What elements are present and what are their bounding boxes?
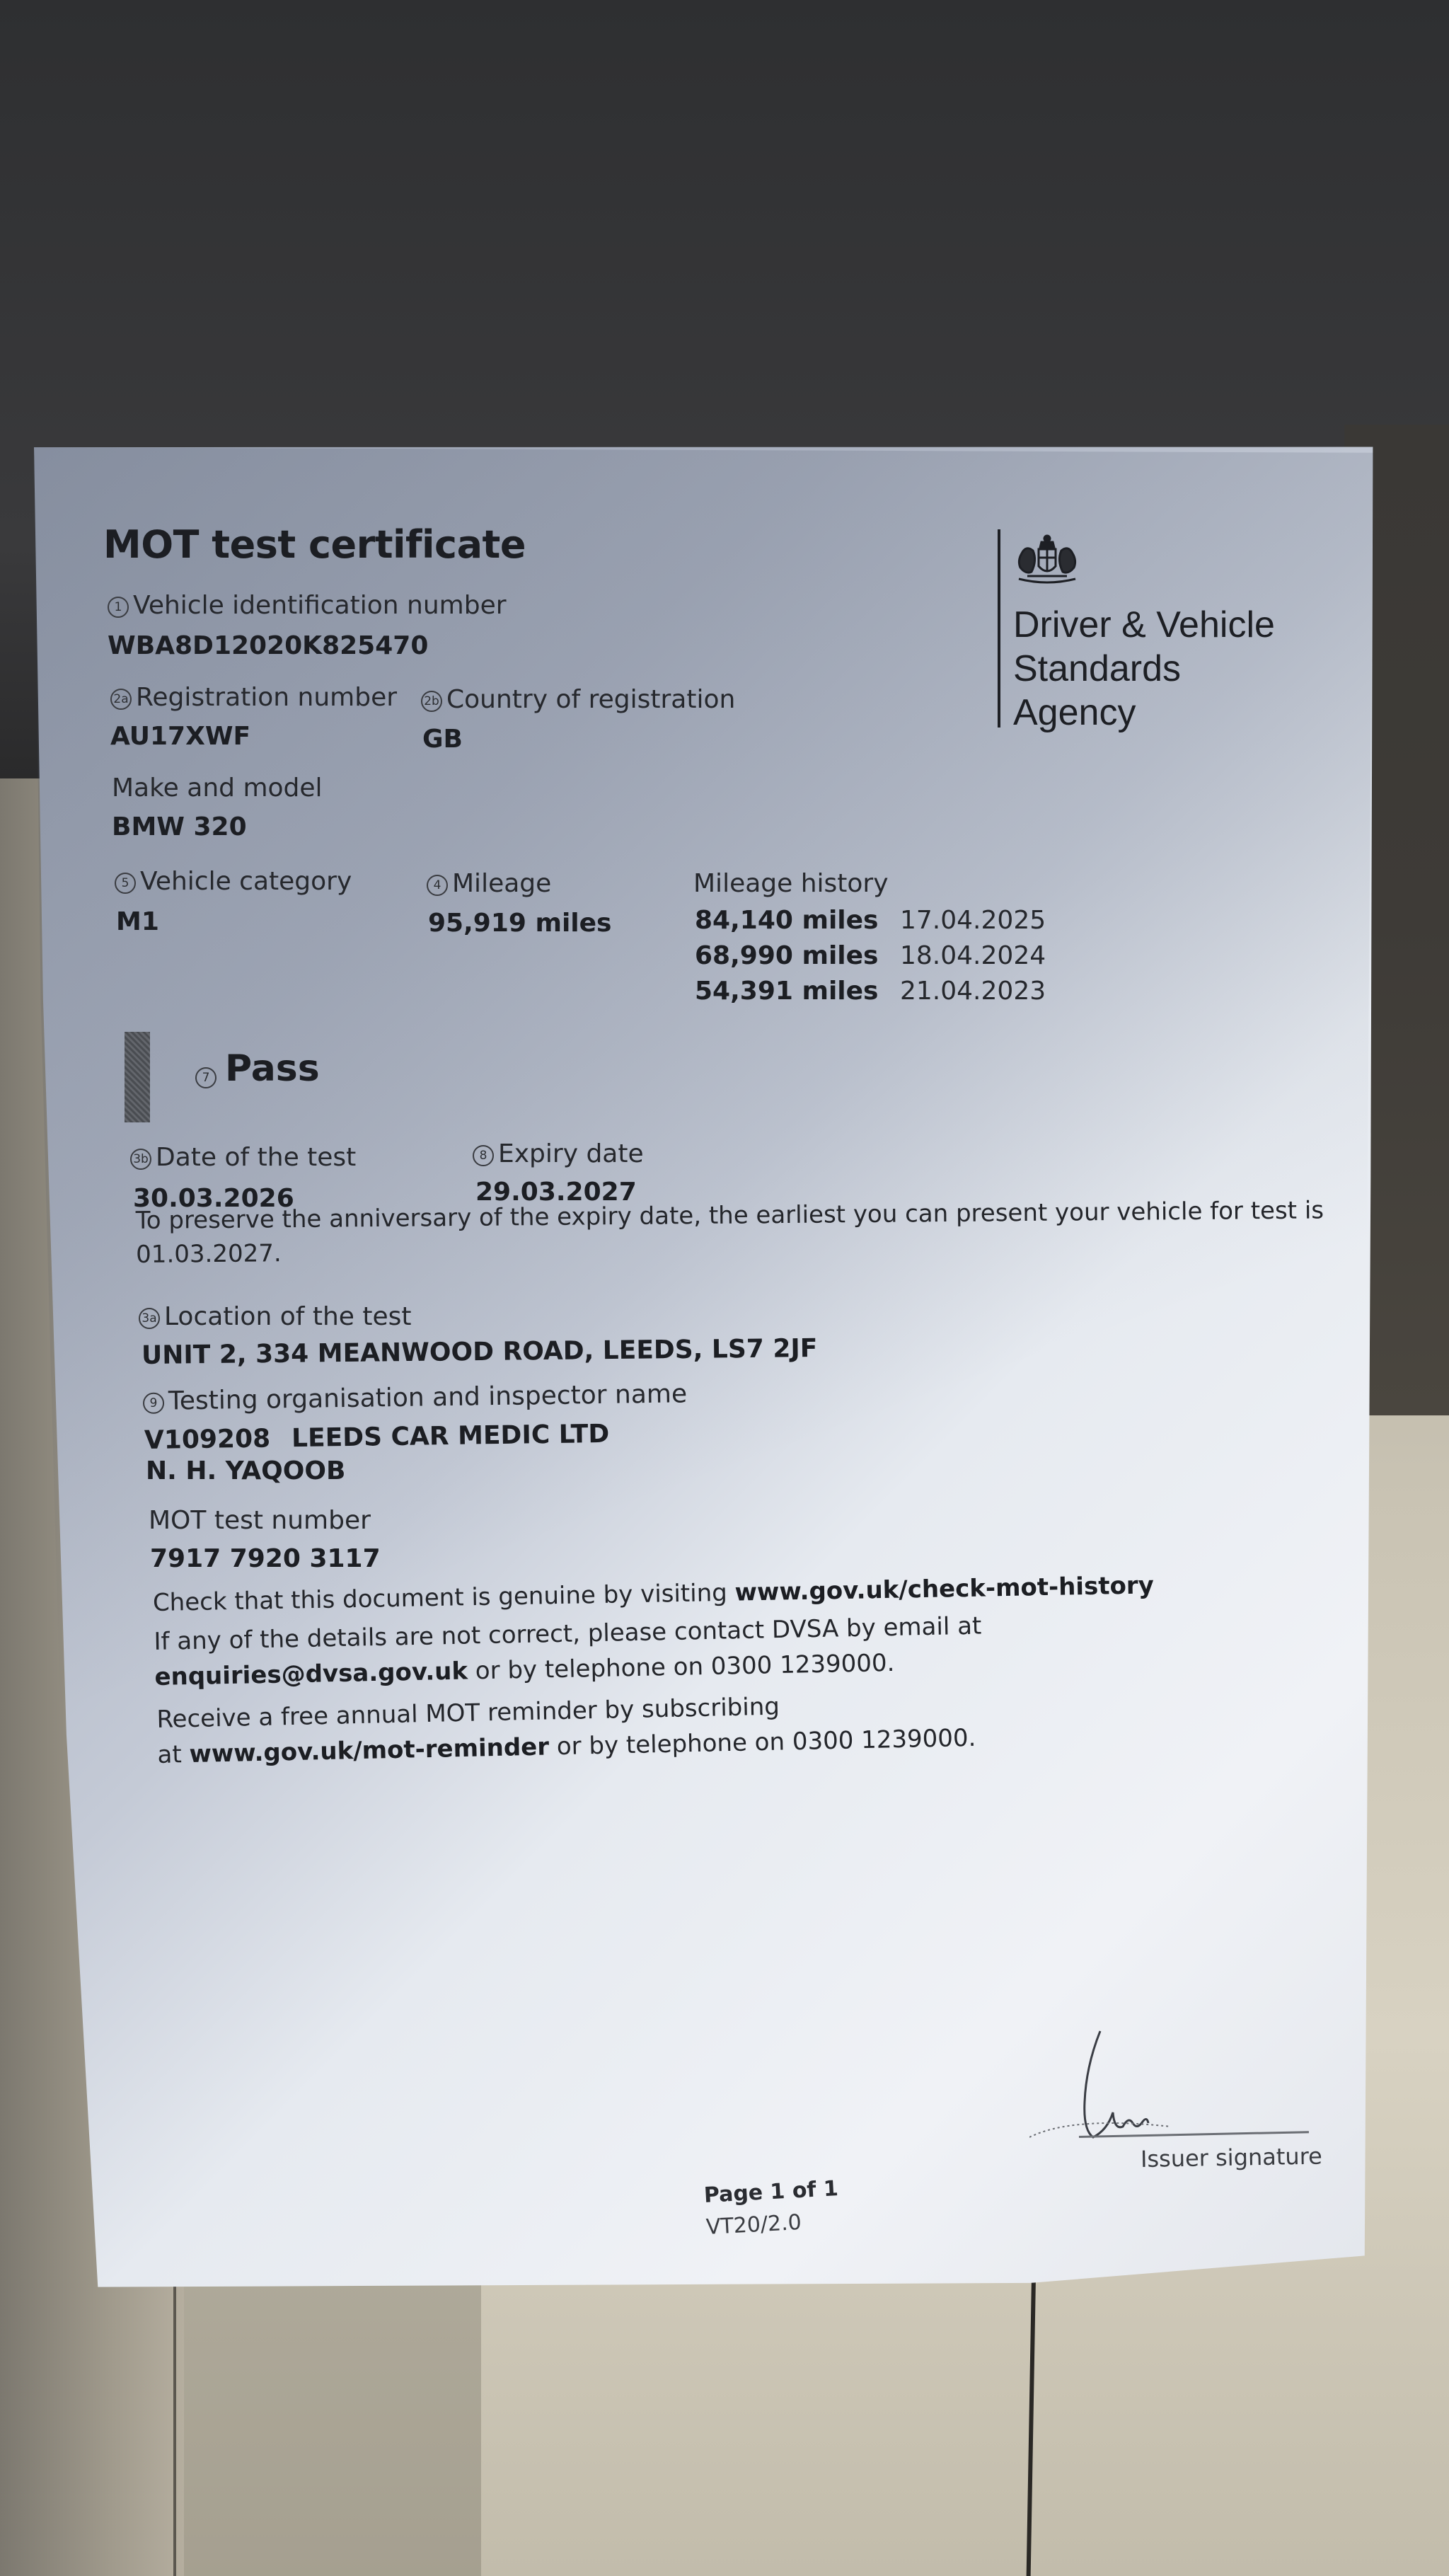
location-label: 3aLocation of the test (139, 1302, 412, 1331)
mileage-history-list: 84,140 miles17.04.2025 68,990 miles18.04… (695, 906, 1046, 1012)
issuer-signature-icon (1029, 2024, 1192, 2151)
testing-org-value: V109208LEEDS CAR MEDIC LTD (144, 1420, 610, 1455)
org-name: LEEDS CAR MEDIC LTD (291, 1420, 610, 1453)
vin-value: WBA8D12020K825470 (108, 631, 428, 660)
agency-name: Driver & Vehicle Standards Agency (1013, 603, 1275, 735)
anniversary-note: To preserve the anniversary of the expir… (136, 1196, 1324, 1269)
mileage-value: 95,919 miles (428, 909, 612, 938)
country-value: GB (422, 725, 463, 754)
field-marker-8: 8 (473, 1145, 494, 1166)
field-marker-4: 4 (427, 875, 448, 896)
site-id: V109208 (144, 1425, 271, 1455)
reminder-text: Receive a free annual MOT reminder by su… (156, 1689, 976, 1769)
logo-divider (998, 529, 1000, 728)
signature-label: Issuer signature (1141, 2143, 1322, 2173)
field-marker-2b: 2b (421, 691, 442, 712)
check-mot-history-link[interactable]: www.gov.uk/check-mot-history (734, 1571, 1154, 1606)
result-value: Pass (225, 1047, 320, 1090)
result-indicator-bar (125, 1032, 150, 1122)
mileage-history-row: 84,140 miles17.04.2025 (695, 906, 1046, 941)
testing-org-label: 9Testing organisation and inspector name (143, 1379, 688, 1416)
registration-label: 2aRegistration number (110, 683, 397, 712)
result-marker: 7 (195, 1062, 221, 1091)
expiry-date-label: 8Expiry date (473, 1139, 644, 1168)
dvsa-email-link[interactable]: enquiries@dvsa.gov.uk (154, 1657, 468, 1691)
mileage-history-row: 68,990 miles18.04.2024 (695, 941, 1046, 977)
mileage-history-label: Mileage history (693, 869, 889, 898)
registration-value: AU17XWF (110, 722, 250, 751)
test-number-label: MOT test number (149, 1506, 371, 1535)
field-marker-1: 1 (108, 597, 129, 618)
page-indicator: Page 1 of 1 (703, 2176, 839, 2208)
mot-certificate: MOT test certificate Driver & Vehicle St… (0, 0, 1449, 2576)
mot-reminder-link[interactable]: www.gov.uk/mot-reminder (189, 1732, 549, 1769)
royal-coat-of-arms-icon (1013, 532, 1081, 592)
make-model-label: Make and model (112, 774, 323, 803)
field-marker-7: 7 (195, 1067, 217, 1088)
genuine-check-text: Check that this document is genuine by v… (153, 1571, 1154, 1617)
form-code: VT20/2.0 (705, 2210, 802, 2240)
field-marker-5: 5 (115, 873, 136, 894)
document-title: MOT test certificate (103, 522, 526, 567)
test-date-label: 3bDate of the test (130, 1143, 356, 1172)
category-label: 5Vehicle category (115, 867, 352, 896)
field-marker-2a: 2a (110, 689, 132, 710)
vin-label: 1Vehicle identification number (108, 591, 507, 620)
field-marker-9: 9 (143, 1393, 164, 1414)
contact-text: If any of the details are not correct, p… (154, 1612, 982, 1691)
test-number-value: 7917 7920 3117 (150, 1544, 381, 1573)
make-model-value: BMW 320 (112, 812, 247, 841)
inspector-name: N. H. YAQOOB (146, 1456, 345, 1485)
location-value: UNIT 2, 334 MEANWOOD ROAD, LEEDS, LS7 2J… (142, 1334, 818, 1370)
field-marker-3b: 3b (130, 1149, 151, 1170)
category-value: M1 (116, 907, 159, 936)
mileage-label: 4Mileage (427, 869, 551, 898)
country-label: 2bCountry of registration (421, 685, 735, 714)
mileage-history-row: 54,391 miles21.04.2023 (695, 977, 1046, 1012)
field-marker-3a: 3a (139, 1308, 160, 1329)
